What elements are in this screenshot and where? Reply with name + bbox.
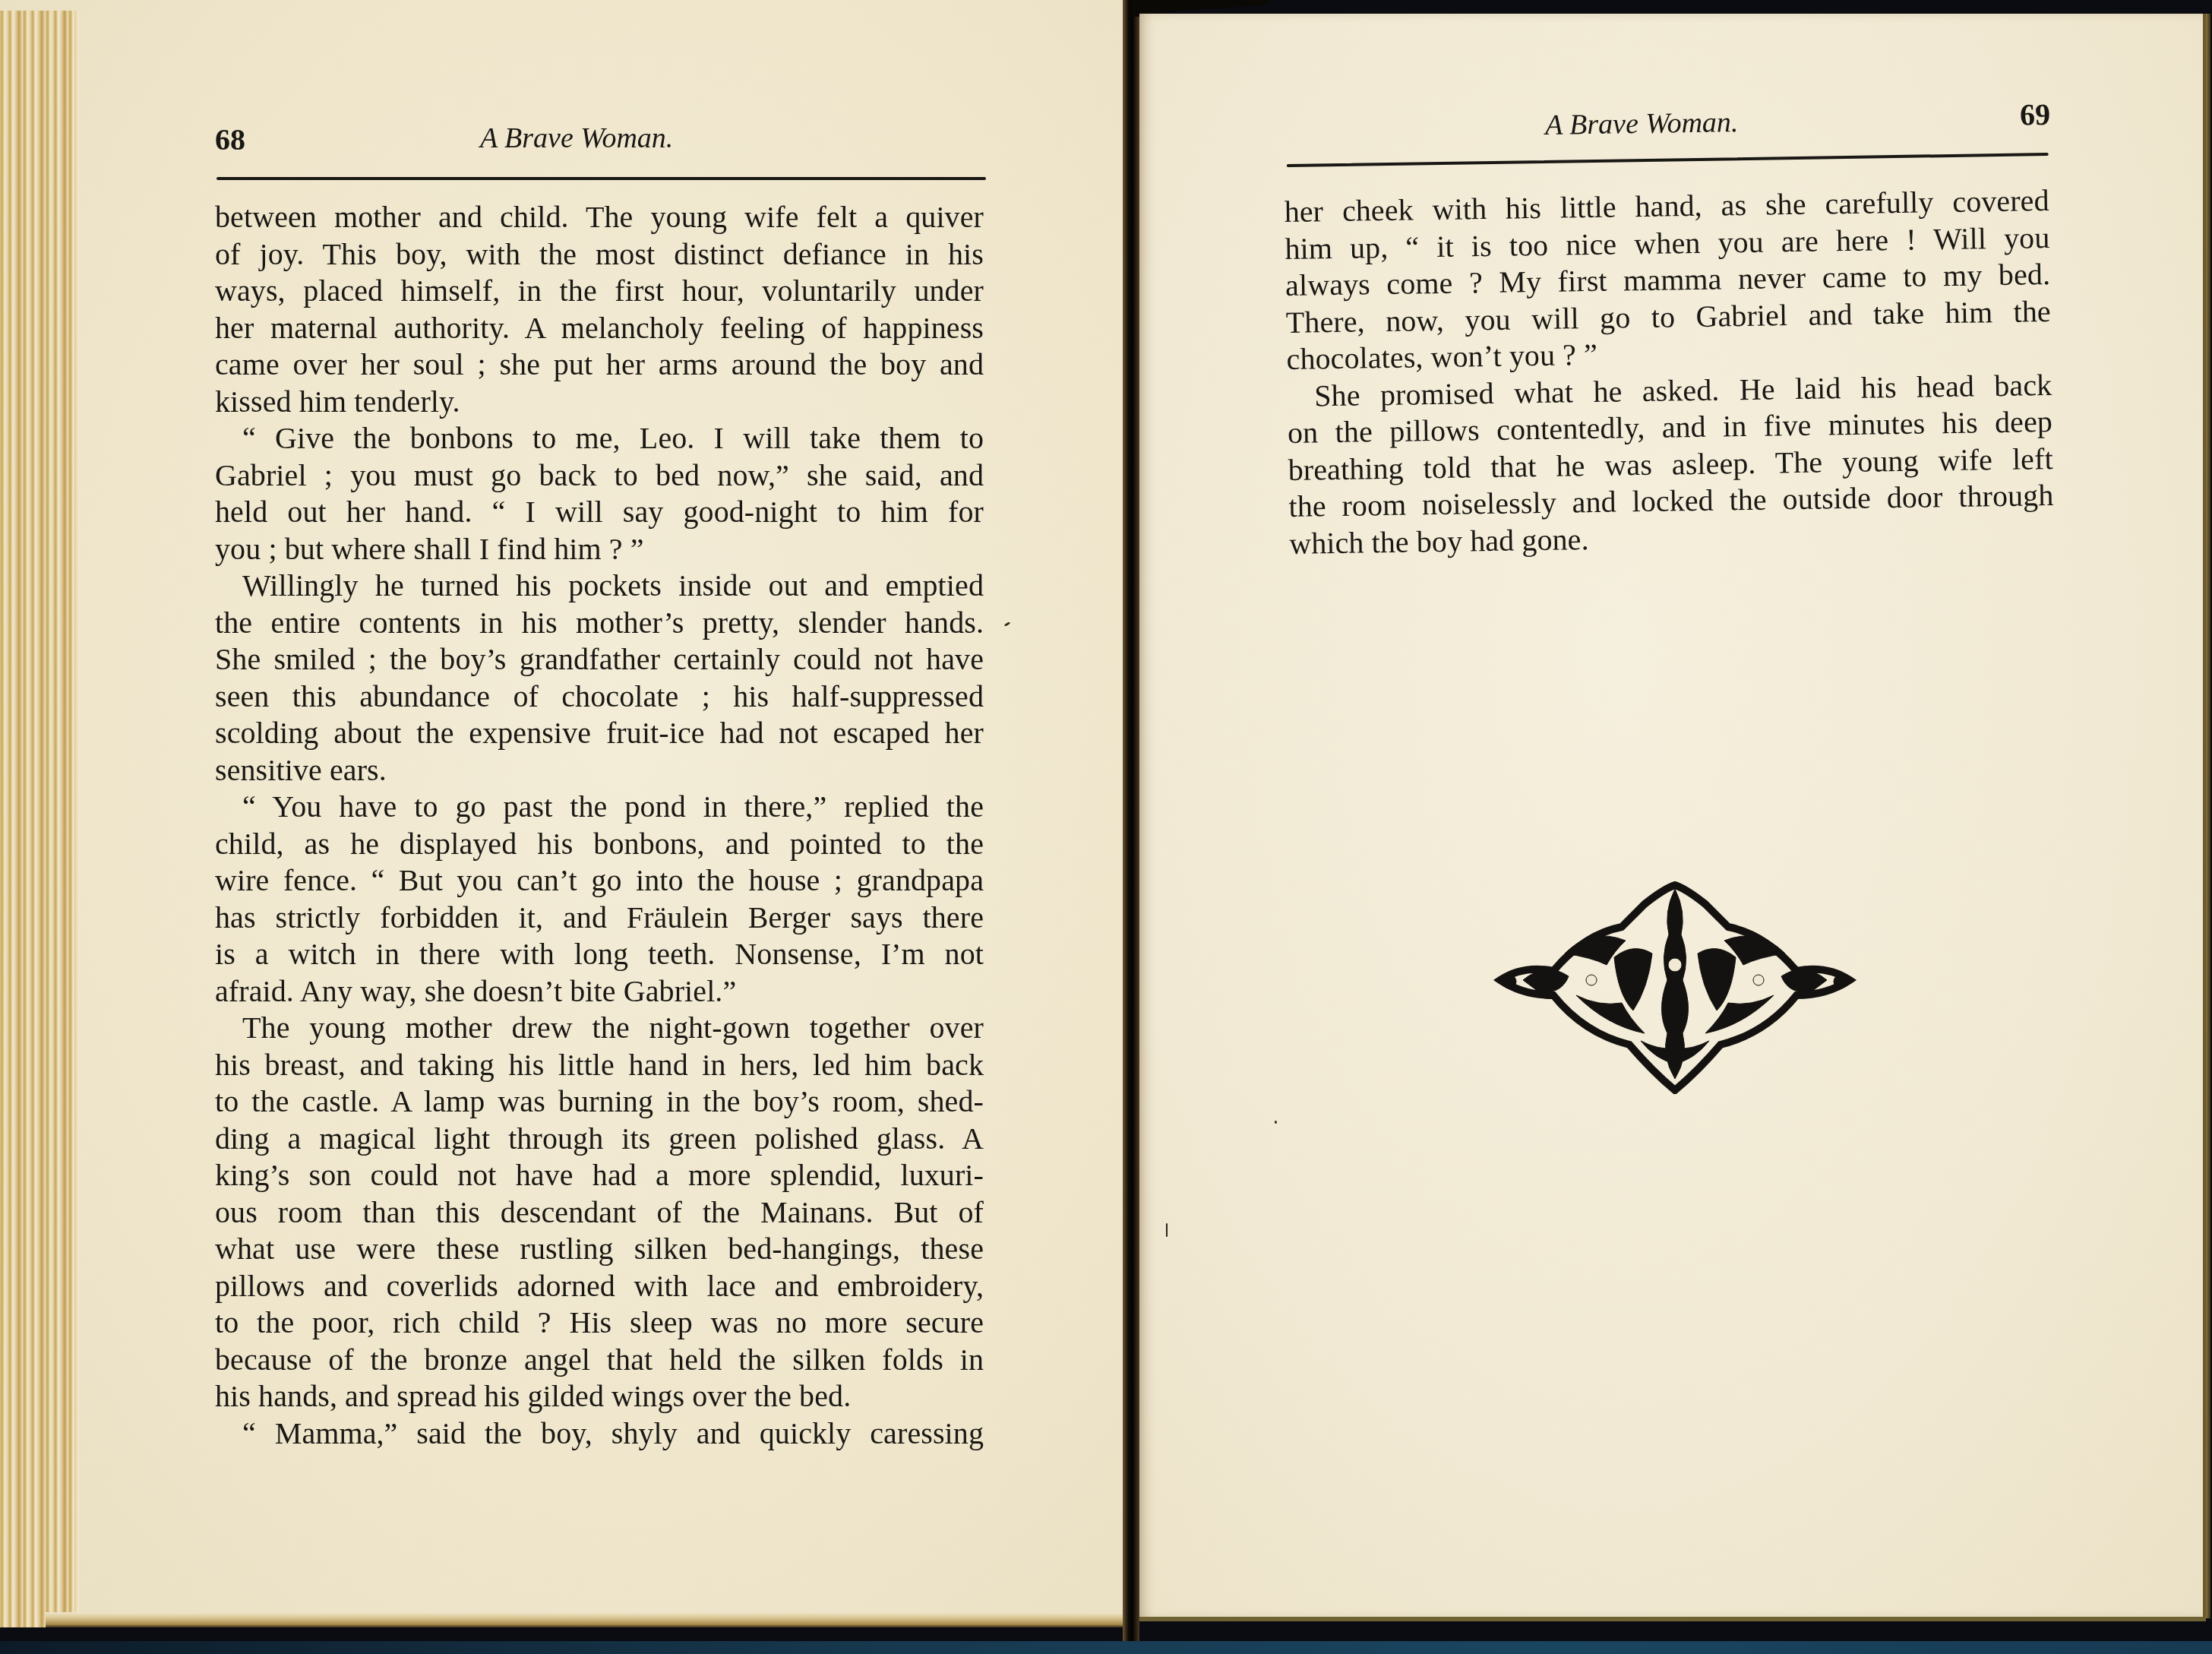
text-line: ous room than this descendant of the Mai… xyxy=(215,1194,984,1232)
book-gutter xyxy=(1123,0,1139,1641)
running-head-right: A Brave Woman. xyxy=(1545,106,1739,142)
text-line: sensitive ears. xyxy=(215,752,984,789)
text-line: Willingly he turned his pockets inside o… xyxy=(215,568,984,605)
text-line: his breast, and taking his little hand i… xyxy=(215,1047,984,1084)
text-line: to the castle. A lamp was burning in the… xyxy=(215,1083,984,1121)
page-number-left: 68 xyxy=(215,122,245,157)
header-rule-left xyxy=(216,177,986,180)
text-line: his hands, and spread his gilded wings o… xyxy=(215,1378,984,1415)
text-line: because of the bronze angel that held th… xyxy=(215,1342,984,1379)
tailpiece-ornament-icon xyxy=(1493,881,1857,1094)
running-head-left: A Brave Woman. xyxy=(480,122,673,155)
text-line: has strictly forbidden it, and Fräulein … xyxy=(215,900,984,937)
text-line: “ Mamma,” said the boy, shyly and quickl… xyxy=(215,1415,984,1453)
text-line: Gabriel ; you must go back to bed now,” … xyxy=(215,457,984,495)
text-line: of joy. This boy, with the most distinct… xyxy=(215,236,984,274)
text-line: child, as he displayed his bonbons, and … xyxy=(215,826,984,863)
text-line: is a witch in there with long teeth. Non… xyxy=(215,936,984,973)
text-line: scolding about the expensive fruit-ice h… xyxy=(215,715,984,752)
paper-speck xyxy=(1275,1121,1277,1124)
text-line: came over her soul ; she put her arms ar… xyxy=(215,346,984,384)
text-line: between mother and child. The young wife… xyxy=(215,199,984,236)
paper-speck xyxy=(1166,1223,1168,1237)
text-line: held out her hand. “ I will say good-nig… xyxy=(215,494,984,531)
text-line: seen this abundance of chocolate ; his h… xyxy=(215,678,984,716)
header-rule-right xyxy=(1287,153,2049,167)
text-line: her maternal authority. A melancholy fee… xyxy=(215,310,984,347)
text-line: you ; but where shall I find him ? ” xyxy=(215,531,984,568)
background-surface xyxy=(0,1641,2212,1654)
text-line: wire fence. “ But you can’t go into the … xyxy=(215,862,984,900)
gilt-page-edges xyxy=(0,11,76,1627)
text-line: the entire contents in his mother’s pret… xyxy=(215,605,984,642)
text-line: ways, placed himself, in the first hour,… xyxy=(215,273,984,310)
text-line: ding a magical light through its green p… xyxy=(215,1121,984,1158)
text-line: The young mother drew the night-gown tog… xyxy=(215,1010,984,1047)
text-line: what use were these rustling silken bed-… xyxy=(215,1231,984,1268)
text-line: king’s son could not have had a more spl… xyxy=(215,1157,984,1194)
right-page-body: her cheek with his little hand, as she c… xyxy=(1284,182,2054,562)
text-line: to the poor, rich child ? His sleep was … xyxy=(215,1305,984,1342)
text-line: “ You have to go past the pond in there,… xyxy=(215,789,984,826)
text-line: She smiled ; the boy’s grandfather certa… xyxy=(215,641,984,678)
text-line: “ Give the bonbons to me, Leo. I will ta… xyxy=(215,420,984,457)
text-line: afraid. Any way, she doesn’t bite Gabrie… xyxy=(215,973,984,1010)
left-page-body: between mother and child. The young wife… xyxy=(215,199,984,1452)
right-page-content: A Brave Woman. 69 her cheek with his lit… xyxy=(1281,0,2058,760)
text-line: kissed him tenderly. xyxy=(215,384,984,421)
text-line: pillows and coverlids adorned with lace … xyxy=(215,1268,984,1305)
page-number-right: 69 xyxy=(2020,96,2051,133)
left-page-bottom-edge xyxy=(46,1612,1130,1627)
right-page-bottom-edge xyxy=(1139,1617,2206,1621)
